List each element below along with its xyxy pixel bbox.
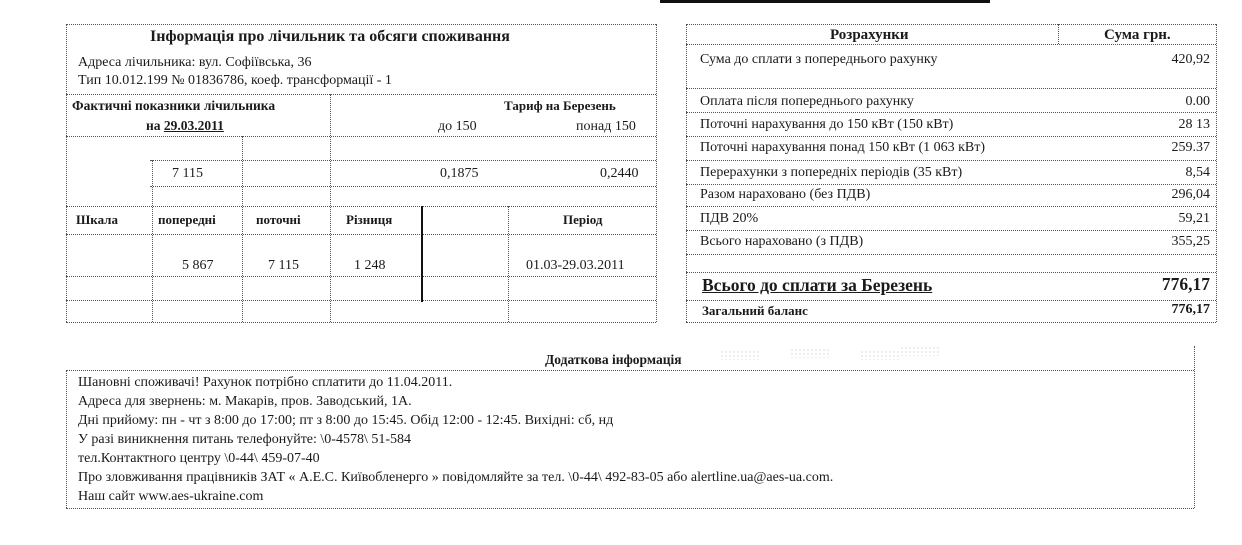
balance-label: Загальний баланс <box>702 303 808 319</box>
reading-previous: 5 867 <box>182 258 214 274</box>
reading-period: 01.03-29.03.2011 <box>526 258 625 274</box>
tariff-header: Тариф на Березень <box>504 98 616 114</box>
calc-row-value: 8,54 <box>1186 165 1211 181</box>
calc-row-label: Поточні нарахування до 150 кВт (150 кВт) <box>700 117 953 133</box>
top-rule <box>660 0 990 3</box>
tariff-col-up-to-150: до 150 <box>438 119 477 135</box>
calc-row-label: Оплата після попереднього рахунку <box>700 94 914 110</box>
calc-row-label: Сума до сплати з попереднього рахунку <box>700 52 938 68</box>
col-header-period: Період <box>563 212 602 228</box>
reading-difference: 1 248 <box>354 258 386 274</box>
calc-row-value: 0.00 <box>1186 94 1211 110</box>
calc-row-value: 420,92 <box>1172 52 1211 68</box>
tariff-value-2: 0,2440 <box>600 166 639 182</box>
total-value: 776,17 <box>1162 274 1210 295</box>
additional-info-line: тел.Контактного центру \0-44\ 459-07-40 <box>78 451 320 467</box>
tariff-value-1: 0,1875 <box>440 166 479 182</box>
additional-info-header: Додаткова інформація <box>545 352 682 368</box>
balance-value: 776,17 <box>1172 302 1211 318</box>
additional-info-line: Про зловживання працівників ЗАТ « А.Е.С.… <box>78 470 833 486</box>
meter-type: Тип 10.012.199 № 01836786, коеф. трансфо… <box>78 73 392 89</box>
meter-info-title: Інформація про лічильник та обсяги спожи… <box>150 28 510 46</box>
col-header-scale: Шкала <box>76 212 118 228</box>
calc-row-value: 355,25 <box>1172 234 1211 250</box>
calc-row-value: 59,21 <box>1179 211 1211 227</box>
calc-row-value: 28 13 <box>1179 117 1211 133</box>
calculations-header: Розрахунки <box>830 27 909 44</box>
calc-row-value: 296,04 <box>1172 187 1211 203</box>
col-header-difference: Різниця <box>346 212 392 228</box>
current-reading: 7 115 <box>172 166 203 182</box>
calc-row-label: Поточні нарахування понад 150 кВт (1 063… <box>700 140 985 156</box>
col-header-previous: попередні <box>158 212 216 228</box>
additional-info-line: У разі виникнення питань телефонуйте: \0… <box>78 432 411 448</box>
readings-date-line: на 29.03.2011 <box>146 118 224 134</box>
additional-info-line: Адреса для звернень: м. Макарів, пров. З… <box>78 394 412 410</box>
calc-row-label: ПДВ 20% <box>700 211 758 227</box>
total-label: Всього до сплати за Березень <box>702 275 932 296</box>
reading-current: 7 115 <box>268 258 299 274</box>
additional-info-line: Дні прийому: пн - чт з 8:00 до 17:00; пт… <box>78 413 613 429</box>
amount-header: Сума грн. <box>1104 27 1171 44</box>
readings-header: Фактичні показники лічильника <box>72 98 275 114</box>
col-header-current: поточні <box>256 212 301 228</box>
calc-row-label: Перерахунки з попередніх періодів (35 кВ… <box>700 165 962 181</box>
calc-row-value: 259.37 <box>1172 140 1211 156</box>
additional-info-line: Наш сайт www.aes-ukraine.com <box>78 489 263 505</box>
readings-date: 29.03.2011 <box>164 118 224 133</box>
tariff-col-over-150: понад 150 <box>576 119 636 135</box>
calc-row-label: Всього нараховано (з ПДВ) <box>700 234 863 250</box>
meter-address: Адреса лічильника: вул. Софіївська, 36 <box>78 55 311 71</box>
calc-row-label: Разом нараховано (без ПДВ) <box>700 187 870 203</box>
additional-info-line: Шановні споживачі! Рахунок потрібно спла… <box>78 375 452 391</box>
